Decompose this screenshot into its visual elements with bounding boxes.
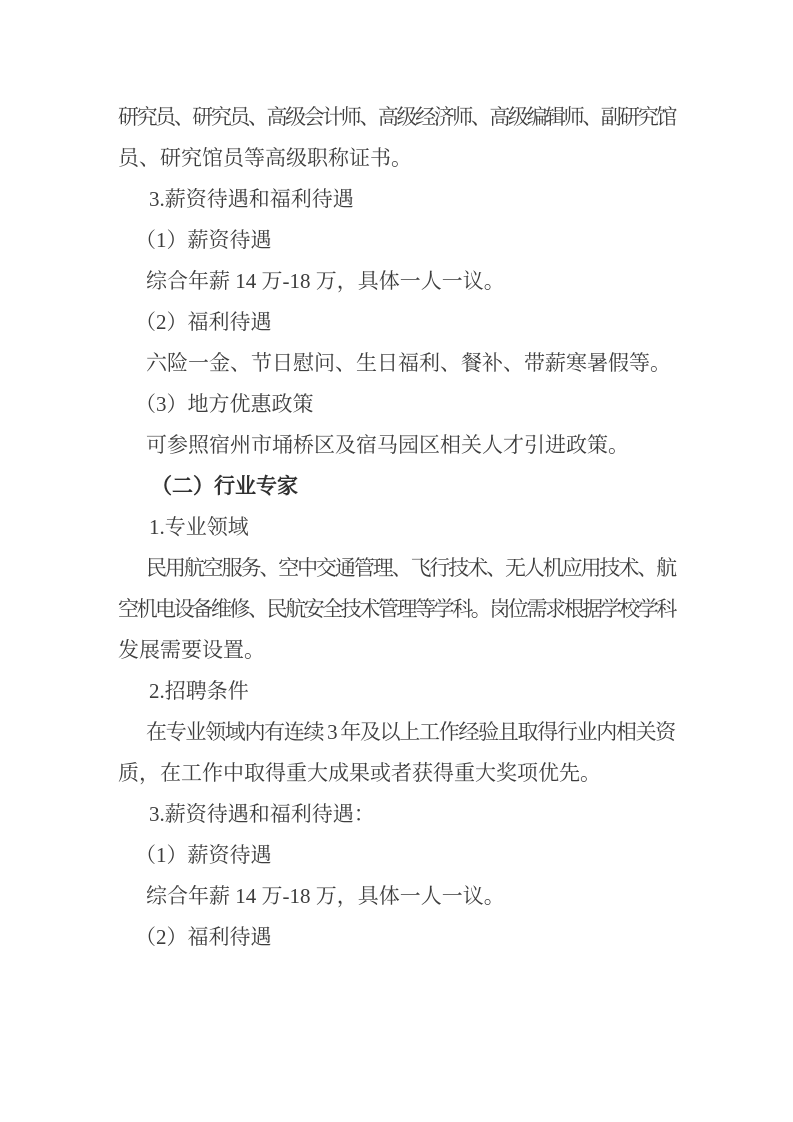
- text-line: 3.薪资待遇和福利待遇：: [118, 794, 675, 835]
- item-2-recruitment-conditions: 2.招聘条件: [118, 671, 675, 712]
- item-3-salary-and-benefits: 3.薪资待遇和福利待遇: [118, 179, 675, 220]
- sub-item-3-local-policy: （3）地方优惠政策: [118, 384, 675, 425]
- heading-industry-experts: （二）行业专家: [118, 466, 675, 507]
- para-fields-description: 民用航空服务、空中交通管理、飞行技术、无人机应用技术、航 空机电设备维修、民航安…: [118, 548, 675, 671]
- document-text-block: 研究员、研究员、高级会计师、高级经济师、高级编辑师、副研究馆 员、研究馆员等高级…: [0, 0, 793, 958]
- sub-item-2-benefits-experts: （2）福利待遇: [118, 917, 675, 958]
- para-conditions-description: 在专业领域内有连续 3 年及以上工作经验且取得行业内相关资 质，在工作中取得重大…: [118, 712, 675, 794]
- text-line: （1）薪资待遇: [118, 220, 675, 261]
- para-salary-range-experts: 综合年薪 14 万-18 万，具体一人一议。: [118, 876, 675, 917]
- para-benefits-list: 六险一金、节日慰问、生日福利、餐补、带薪寒暑假等。: [118, 343, 675, 384]
- text-line: 民用航空服务、空中交通管理、飞行技术、无人机应用技术、航: [118, 548, 675, 589]
- text-line: 1.专业领域: [118, 507, 675, 548]
- text-line: 综合年薪 14 万-18 万，具体一人一议。: [118, 876, 675, 917]
- para-salary-range: 综合年薪 14 万-18 万，具体一人一议。: [118, 261, 675, 302]
- para-policy-reference: 可参照宿州市埇桥区及宿马园区相关人才引进政策。: [118, 425, 675, 466]
- text-line: 综合年薪 14 万-18 万，具体一人一议。: [118, 261, 675, 302]
- text-line: 空机电设备维修、民航安全技术管理等学科。岗位需求根据学校学科: [118, 589, 675, 630]
- text-line: （1）薪资待遇: [118, 835, 675, 876]
- text-line: （2）福利待遇: [118, 302, 675, 343]
- text-line: 在专业领域内有连续 3 年及以上工作经验且取得行业内相关资: [118, 712, 675, 753]
- text-line: 可参照宿州市埇桥区及宿马园区相关人才引进政策。: [118, 425, 675, 466]
- text-line: 发展需要设置。: [118, 630, 675, 671]
- para-certificates-continuation: 研究员、研究员、高级会计师、高级经济师、高级编辑师、副研究馆 员、研究馆员等高级…: [118, 97, 675, 179]
- sub-item-1-salary-experts: （1）薪资待遇: [118, 835, 675, 876]
- text-line: 研究员、研究员、高级会计师、高级经济师、高级编辑师、副研究馆: [118, 97, 675, 138]
- item-3-salary-and-benefits-experts: 3.薪资待遇和福利待遇：: [118, 794, 675, 835]
- text-line: 质，在工作中取得重大成果或者获得重大奖项优先。: [118, 753, 675, 794]
- text-line: 3.薪资待遇和福利待遇: [118, 179, 675, 220]
- sub-item-1-salary: （1）薪资待遇: [118, 220, 675, 261]
- section-heading-text: （二）行业专家: [118, 466, 675, 507]
- item-1-professional-fields: 1.专业领域: [118, 507, 675, 548]
- text-line: （3）地方优惠政策: [118, 384, 675, 425]
- text-line: 2.招聘条件: [118, 671, 675, 712]
- sub-item-2-benefits: （2）福利待遇: [118, 302, 675, 343]
- text-line: 员、研究馆员等高级职称证书。: [118, 138, 675, 179]
- text-line: （2）福利待遇: [118, 917, 675, 958]
- document-page: 研究员、研究员、高级会计师、高级经济师、高级编辑师、副研究馆 员、研究馆员等高级…: [0, 0, 793, 1122]
- text-line: 六险一金、节日慰问、生日福利、餐补、带薪寒暑假等。: [118, 343, 675, 384]
